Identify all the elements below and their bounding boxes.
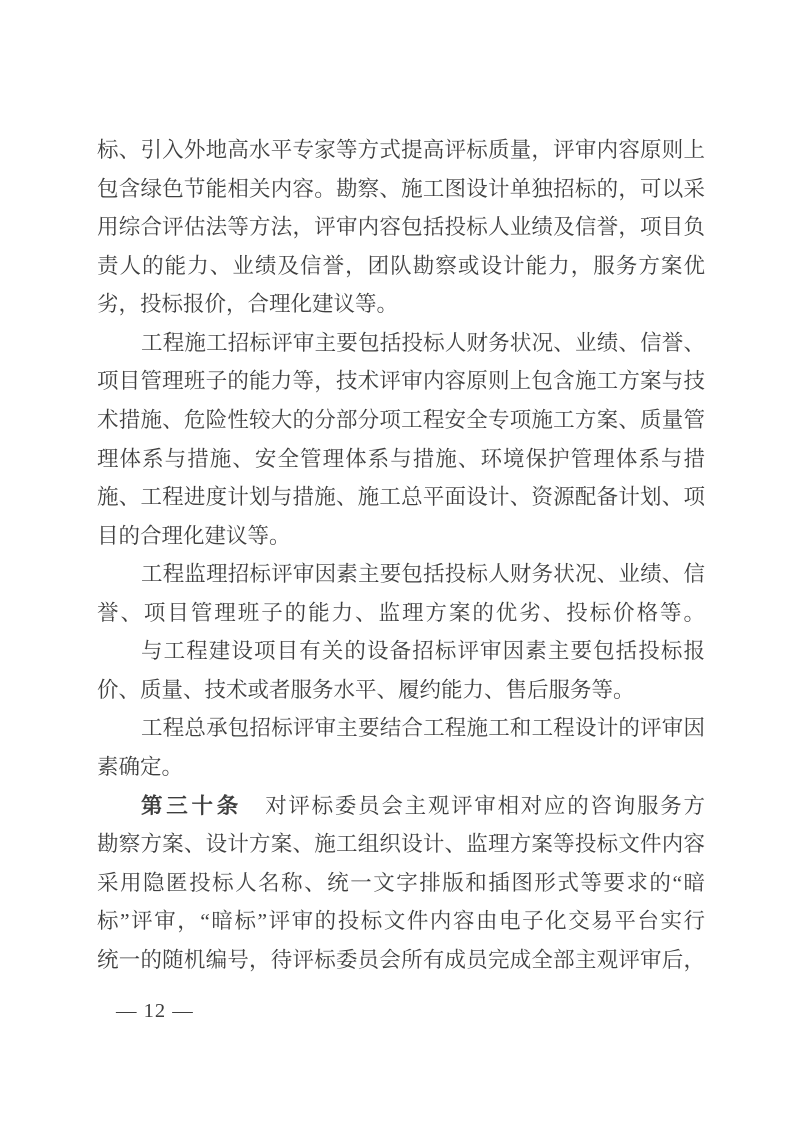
article-number-bold: 第三十条 [141, 794, 242, 818]
text-line: 素确定。 [97, 748, 705, 787]
document-page: 标、引入外地高水平专家等方式提高评标质量，评审内容原则上包含绿色节能相关内容。勘… [0, 0, 793, 1122]
paragraph: 工程施工招标评审主要包括投标人财务状况、业绩、信誉、项目管理班子的能力等，技术评… [97, 324, 705, 555]
document-body: 标、引入外地高水平专家等方式提高评标质量，评审内容原则上包含绿色节能相关内容。勘… [97, 131, 705, 979]
text-line: 理体系与措施、安全管理体系与措施、环境保护管理体系与措 [97, 440, 705, 479]
text-line: 与工程建设项目有关的设备招标评审因素主要包括投标报 [97, 632, 705, 671]
paragraph: 工程总承包招标评审主要结合工程施工和工程设计的评审因素确定。 [97, 709, 705, 786]
text-line: 用综合评估法等方法，评审内容包括投标人业绩及信誉，项目负 [97, 208, 705, 247]
text-line: 价、质量、技术或者服务水平、履约能力、售后服务等。 [97, 671, 705, 710]
text-line: 工程监理招标评审因素主要包括投标人财务状况、业绩、信 [97, 555, 705, 594]
page-number-text: — 12 — [116, 1000, 194, 1022]
text-line: 勘察方案、设计方案、施工组织设计、监理方案等投标文件内容 [97, 825, 705, 864]
text-line: 包含绿色节能相关内容。勘察、施工图设计单独招标的，可以采 [97, 170, 705, 209]
paragraph: 与工程建设项目有关的设备招标评审因素主要包括投标报价、质量、技术或者服务水平、履… [97, 632, 705, 709]
text-line: 责人的能力、业绩及信誉，团队勘察或设计能力，服务方案优 [97, 247, 705, 286]
text-line: 项目管理班子的能力等，技术评审内容原则上包含施工方案与技 [97, 362, 705, 401]
text-line: 工程总承包招标评审主要结合工程施工和工程设计的评审因 [97, 709, 705, 748]
paragraph: 标、引入外地高水平专家等方式提高评标质量，评审内容原则上包含绿色节能相关内容。勘… [97, 131, 705, 324]
text-line: 目的合理化建议等。 [97, 517, 705, 556]
text-line: 工程施工招标评审主要包括投标人财务状况、业绩、信誉、 [97, 324, 705, 363]
text-line: 术措施、危险性较大的分部分项工程安全专项施工方案、质量管 [97, 401, 705, 440]
paragraph: 工程监理招标评审因素主要包括投标人财务状况、业绩、信誉、项目管理班子的能力、监理… [97, 555, 705, 632]
text-line: 统一的随机编号，待评标委员会所有成员完成全部主观评审后， [97, 941, 705, 980]
text-line: 采用隐匿投标人名称、统一文字排版和插图形式等要求的“暗 [97, 864, 705, 903]
paragraph: 第三十条 对评标委员会主观评审相对应的咨询服务方案、勘察方案、设计方案、施工组织… [97, 787, 705, 980]
text-line: 标”评审，“暗标”评审的投标文件内容由电子化交易平台实行 [97, 902, 705, 941]
text-line: 标、引入外地高水平专家等方式提高评标质量，评审内容原则上 [97, 131, 705, 170]
text-line: 施、工程进度计划与措施、施工总平面设计、资源配备计划、项 [97, 478, 705, 517]
text-line: 誉、项目管理班子的能力、监理方案的优劣、投标价格等。 [97, 594, 705, 633]
page-footer: — 12 — [116, 996, 194, 1026]
text-line: 第三十条 对评标委员会主观评审相对应的咨询服务方案、 [97, 787, 705, 826]
text-line: 劣，投标报价，合理化建议等。 [97, 285, 705, 324]
